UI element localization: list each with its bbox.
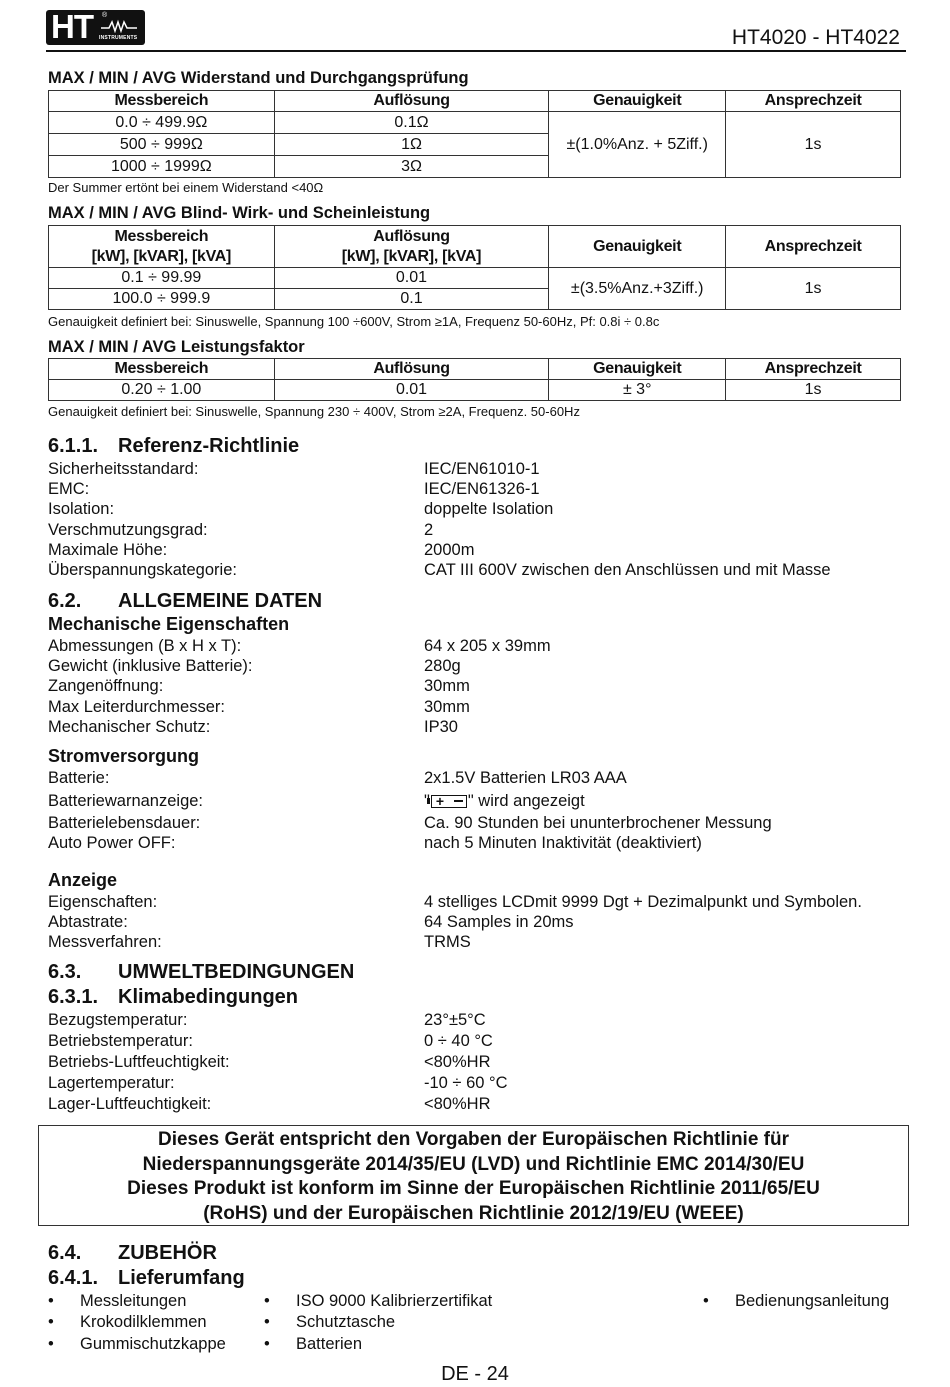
accuracy-cell: ±(3.5%Anz.+3Ziff.) (549, 268, 726, 310)
power-table: Messbereich[kW], [kVAR], [kVA] Auflösung… (48, 225, 901, 310)
col-header: Ansprechzeit (726, 91, 901, 112)
section-heading-climate: 6.3.1.Klimabedingungen (48, 986, 298, 1009)
list-item: •Schutztasche (264, 1313, 395, 1332)
col-header: Ansprechzeit (726, 226, 901, 268)
col-header: Auflösung (274, 359, 549, 380)
list-item: •Krokodilklemmen (48, 1313, 207, 1332)
resistance-note: Der Summer ertönt bei einem Widerstand <… (48, 180, 323, 195)
section-heading-scope: 6.4.1.Lieferumfang (48, 1267, 245, 1290)
conformity-statement: Dieses Gerät entspricht den Vorgaben der… (38, 1125, 909, 1226)
col-header: Genauigkeit (549, 226, 726, 268)
subheading-power-supply: Stromversorgung (48, 746, 199, 767)
resolution-cell: 1Ω (274, 134, 549, 156)
logo-text: HT (51, 8, 93, 46)
table-row: 0.1 ÷ 99.99 0.01 ±(3.5%Anz.+3Ziff.) 1s (49, 268, 901, 289)
subheading-mechanical: Mechanische Eigenschaften (48, 614, 289, 635)
subheading-display: Anzeige (48, 870, 117, 891)
table-row: 0.20 ÷ 1.00 0.01 ± 3° 1s (49, 380, 901, 401)
section-heading-environment: 6.3.UMWELTBEDINGUNGEN (48, 961, 354, 984)
response-cell: 1s (726, 268, 901, 310)
col-header: Auflösung (274, 91, 549, 112)
document-title: HT4020 - HT4022 (732, 26, 900, 50)
page-number: DE - 24 (0, 1363, 950, 1386)
section-heading-general: 6.2.ALLGEMEINE DATEN (48, 590, 322, 613)
col-header: Messbereich (49, 359, 275, 380)
header-divider (46, 50, 906, 52)
range-cell: 100.0 ÷ 999.9 (49, 289, 275, 310)
section-heading-reference: 6.1.1.Referenz-Richtlinie (48, 435, 299, 458)
resolution-cell: 0.1Ω (274, 112, 549, 134)
range-cell: 1000 ÷ 1999Ω (49, 156, 275, 178)
table-row: 0.0 ÷ 499.9Ω 0.1Ω ±(1.0%Anz. + 5Ziff.) 1… (49, 112, 901, 134)
resolution-cell: 0.01 (274, 268, 549, 289)
response-cell: 1s (726, 380, 901, 401)
resolution-cell: 3Ω (274, 156, 549, 178)
waveform-icon (101, 19, 137, 33)
range-cell: 500 ÷ 999Ω (49, 134, 275, 156)
conformity-line: (RoHS) und der Europäischen Richtlinie 2… (39, 1202, 908, 1227)
ht-instruments-logo: HT ® INSTRUMENTS (46, 10, 145, 45)
list-item: •Messleitungen (48, 1292, 186, 1311)
range-cell: 0.20 ÷ 1.00 (49, 380, 275, 401)
accuracy-cell: ± 3° (549, 380, 726, 401)
power-table-title: MAX / MIN / AVG Blind- Wirk- und Scheinl… (48, 204, 430, 223)
resolution-cell: 0.01 (274, 380, 549, 401)
list-item: •Gummischutzkappe (48, 1335, 226, 1354)
logo-subtext: INSTRUMENTS (99, 35, 137, 41)
list-item: •ISO 9000 Kalibrierzertifikat (264, 1292, 492, 1311)
power-factor-table: Messbereich Auflösung Genauigkeit Anspre… (48, 358, 901, 401)
col-header: Ansprechzeit (726, 359, 901, 380)
resistance-table: Messbereich Auflösung Genauigkeit Anspre… (48, 90, 901, 178)
col-header: Genauigkeit (549, 359, 726, 380)
col-header: Messbereich (49, 91, 275, 112)
range-cell: 0.0 ÷ 499.9Ω (49, 112, 275, 134)
conformity-line: Niederspannungsgeräte 2014/35/EU (LVD) u… (39, 1153, 908, 1178)
list-item: •Bedienungsanleitung (703, 1292, 889, 1311)
col-header: Messbereich[kW], [kVAR], [kVA] (49, 226, 275, 268)
power-factor-table-title: MAX / MIN / AVG Leistungsfaktor (48, 338, 305, 357)
list-item: •Batterien (264, 1335, 362, 1354)
resistance-table-title: MAX / MIN / AVG Widerstand und Durchgang… (48, 69, 469, 88)
col-header: Genauigkeit (549, 91, 726, 112)
power-factor-note: Genauigkeit definiert bei: Sinuswelle, S… (48, 404, 580, 419)
battery-icon: + (431, 795, 467, 808)
response-cell: 1s (726, 112, 901, 178)
accuracy-cell: ±(1.0%Anz. + 5Ziff.) (549, 112, 726, 178)
conformity-line: Dieses Gerät entspricht den Vorgaben der… (39, 1128, 908, 1153)
section-heading-accessories: 6.4.ZUBEHÖR (48, 1242, 217, 1265)
conformity-line: Dieses Produkt ist konform im Sinne der … (39, 1177, 908, 1202)
resolution-cell: 0.1 (274, 289, 549, 310)
registered-icon: ® (102, 12, 107, 19)
power-note: Genauigkeit definiert bei: Sinuswelle, S… (48, 314, 659, 329)
col-header: Auflösung[kW], [kVAR], [kVA] (274, 226, 549, 268)
range-cell: 0.1 ÷ 99.99 (49, 268, 275, 289)
